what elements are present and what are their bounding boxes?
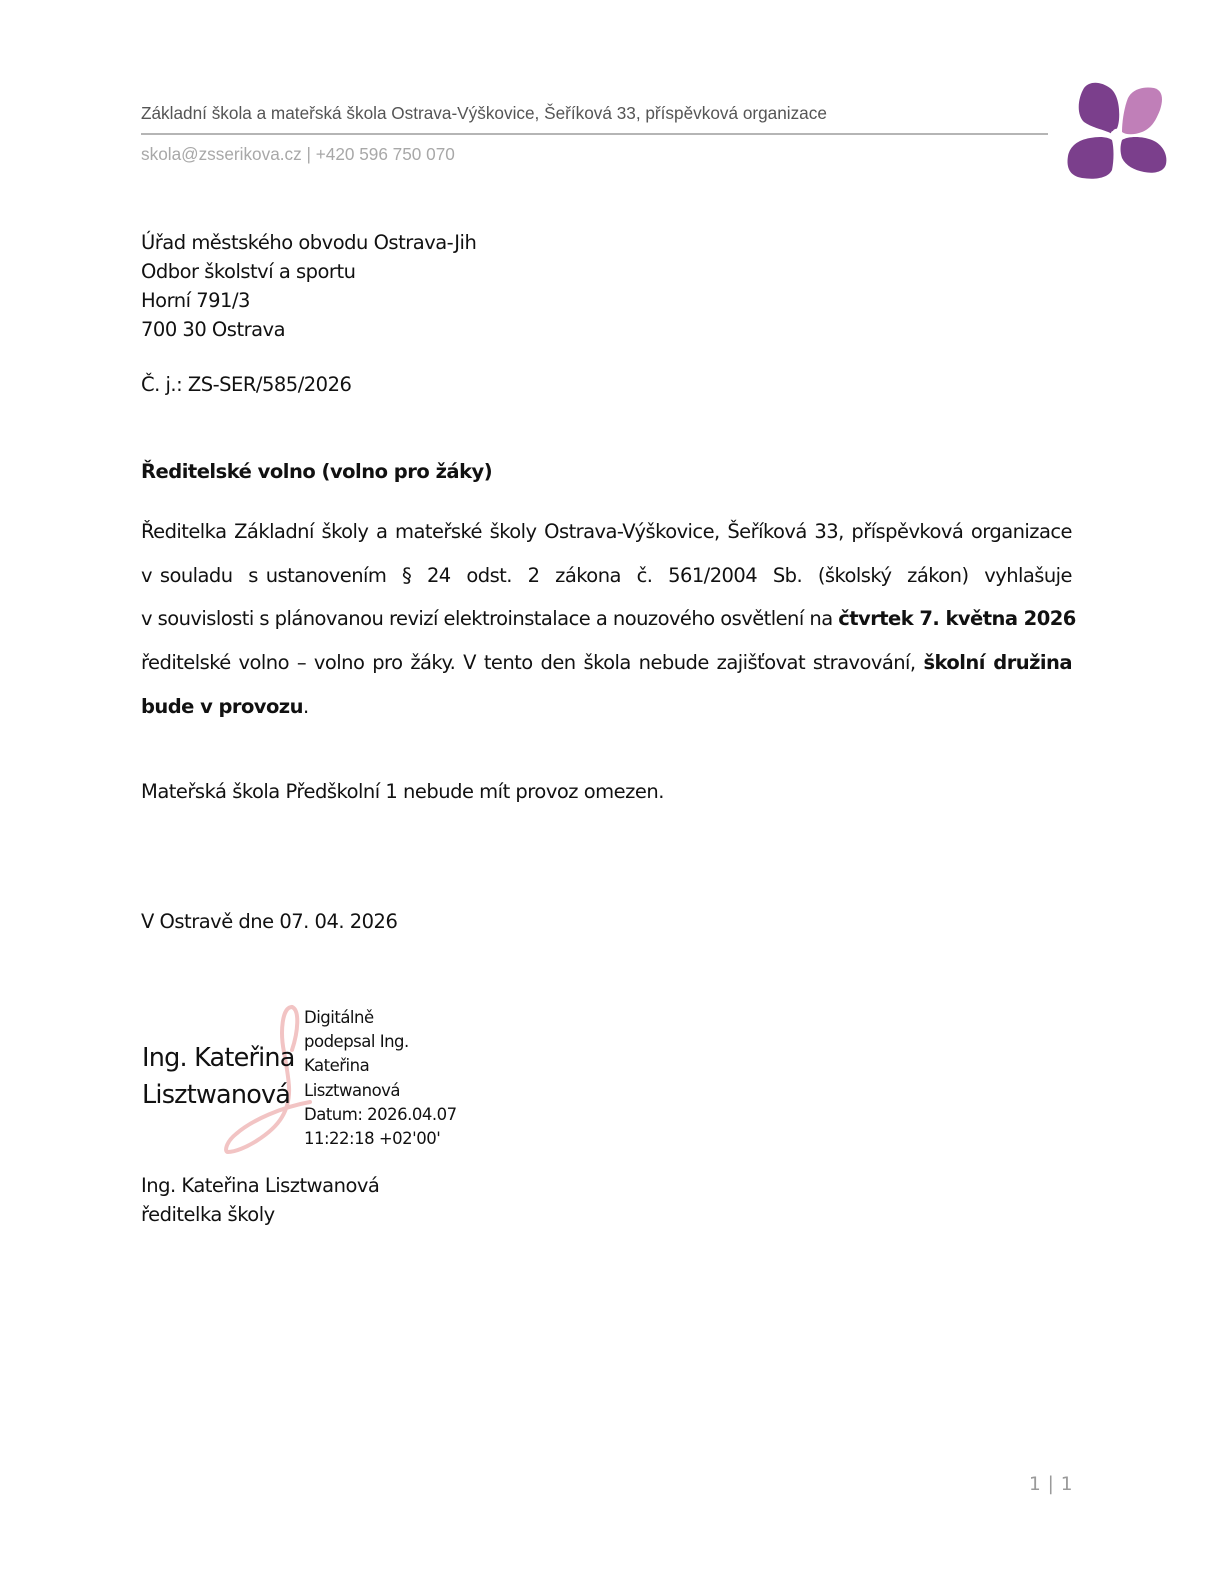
letter-subject: Ředitelské volno (volno pro žáky) [141, 460, 492, 483]
paragraph-text: ředitelské volno – volno pro žáky. V ten… [141, 651, 923, 674]
signatory-title: ředitelka školy [141, 1200, 379, 1229]
paragraph-text: . [303, 695, 309, 718]
paragraph-line: ředitelské volno – volno pro žáky. V ten… [141, 648, 1072, 692]
header-organization: Základní škola a mateřská škola Ostrava-… [141, 103, 827, 124]
paragraph-line: v souvislosti s plánovanou revizí elektr… [141, 604, 1072, 648]
signature-detail-line: podepsal Ing. [304, 1030, 457, 1054]
place-date: V Ostravě dne 07. 04. 2026 [141, 910, 397, 933]
recipient-line: 700 30 Ostrava [141, 315, 476, 344]
signature-name-line: Ing. Kateřina [142, 1040, 295, 1077]
purple-flower-logo-icon [1062, 78, 1172, 182]
after-school-club: školní družina [923, 651, 1072, 674]
header-contact: skola@zsserikova.cz | +420 596 750 070 [141, 144, 455, 165]
main-paragraph: Ředitelka Základní školy a mateřské škol… [141, 517, 1072, 735]
kindergarten-note: Mateřská škola Předškolní 1 nebude mít p… [141, 780, 664, 803]
signature-details: Digitálně podepsal Ing. Kateřina Lisztwa… [304, 1006, 457, 1151]
paragraph-line: Ředitelka Základní školy a mateřské škol… [141, 517, 1072, 561]
signature-name: Ing. Kateřina Lisztwanová [142, 1040, 295, 1114]
page-number: 1 | 1 [1029, 1474, 1073, 1495]
club-status: bude v provozu [141, 695, 303, 718]
signatory-name: Ing. Kateřina Lisztwanová [141, 1171, 379, 1200]
signature-detail-line: Kateřina [304, 1054, 457, 1078]
signature-detail-line: Datum: 2026.04.07 [304, 1103, 457, 1127]
signature-detail-line: Digitálně [304, 1006, 457, 1030]
signature-detail-line: Lisztwanová [304, 1079, 457, 1103]
signatory: Ing. Kateřina Lisztwanová ředitelka škol… [141, 1171, 379, 1229]
recipient-line: Horní 791/3 [141, 286, 476, 315]
signature-detail-line: 11:22:18 +02'00' [304, 1127, 457, 1151]
paragraph-text: v souvislosti s plánovanou revizí elektr… [141, 607, 838, 630]
holiday-date: čtvrtek 7. května 2026 [838, 607, 1076, 630]
recipient-line: Úřad městského obvodu Ostrava-Jih [141, 228, 476, 257]
header-divider [141, 133, 1048, 135]
reference-number: Č. j.: ZS-SER/585/2026 [141, 373, 351, 396]
letter-page: Základní škola a mateřská škola Ostrava-… [0, 0, 1224, 1584]
signature-name-line: Lisztwanová [142, 1077, 295, 1114]
recipient-line: Odbor školství a sportu [141, 257, 476, 286]
paragraph-line: bude v provozu. [141, 692, 1072, 736]
recipient-address: Úřad městského obvodu Ostrava-Jih Odbor … [141, 228, 476, 344]
paragraph-line: v souladu s ustanovením § 24 odst. 2 zák… [141, 561, 1072, 605]
